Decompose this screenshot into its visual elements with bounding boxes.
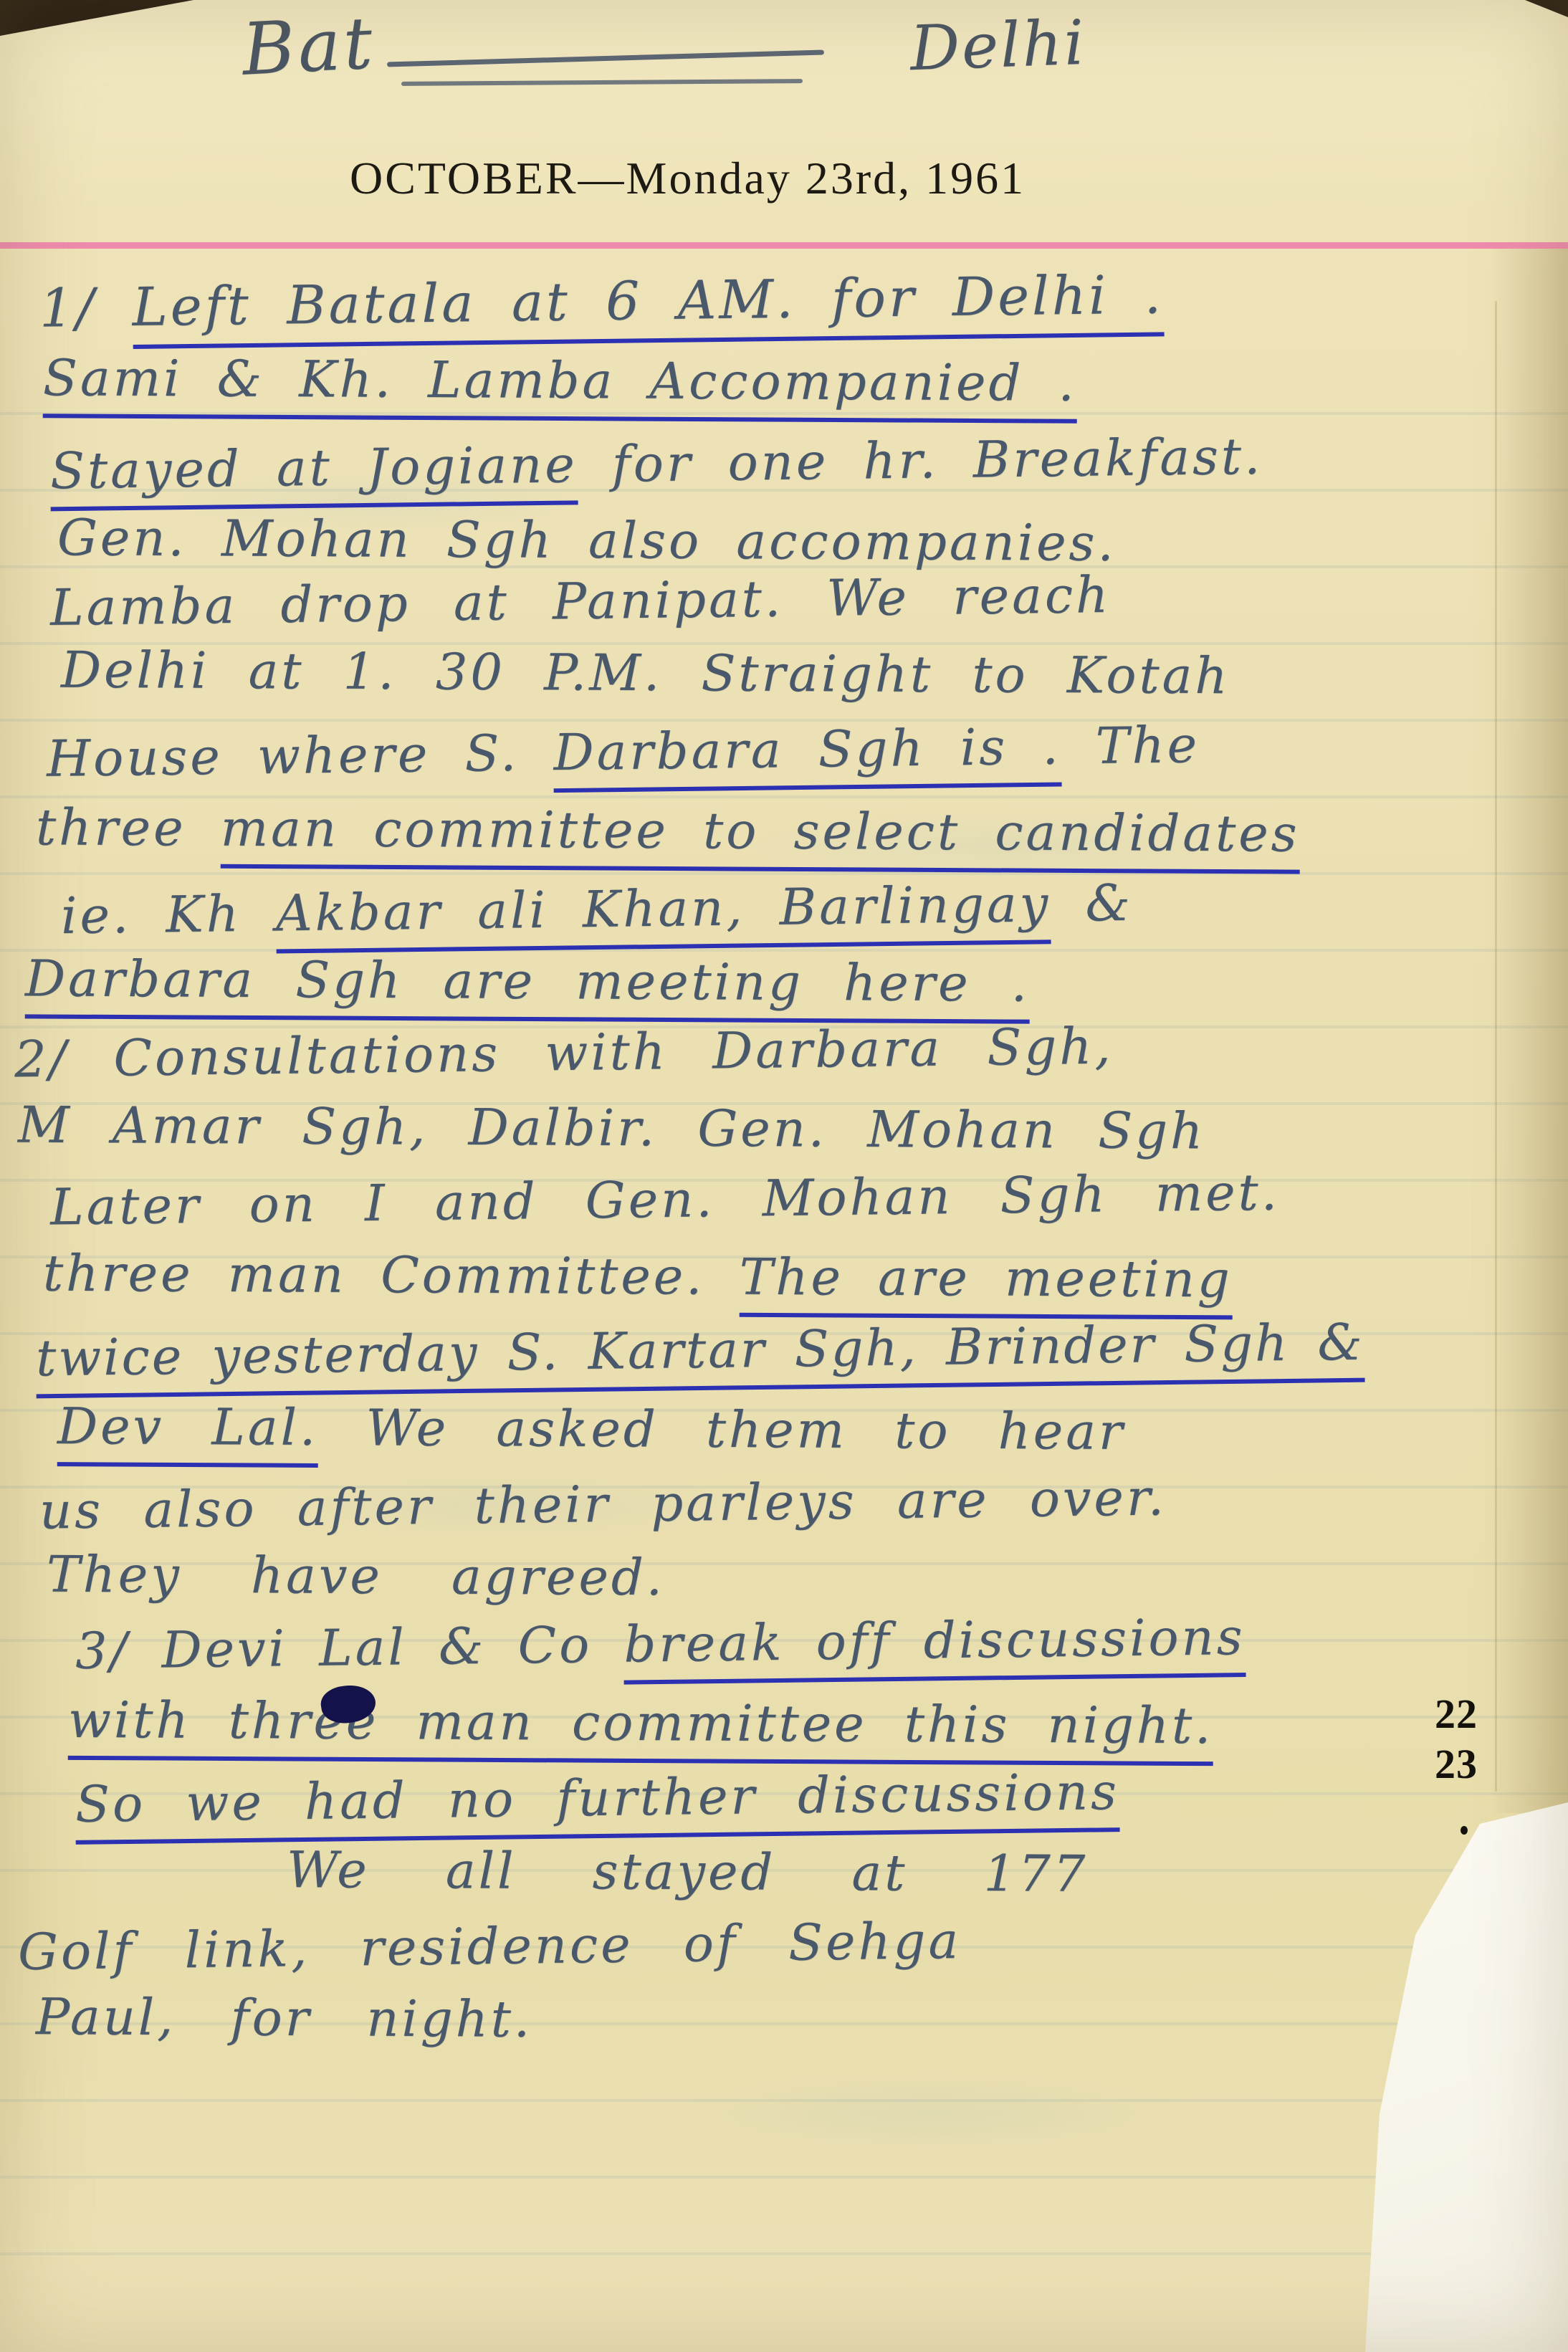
handwritten-line: Lamba drop at Panipat. We reach bbox=[50, 568, 1112, 636]
underlined-phrase: man committee to select candidates bbox=[220, 799, 1299, 874]
phrase: Lamba drop at Panipat. We reach bbox=[50, 565, 1112, 637]
handwritten-line: Stayed at Jogiane for one hr. Breakfast. bbox=[50, 429, 1263, 499]
phrase: Later on I and Gen. Mohan Sgh met. bbox=[50, 1163, 1281, 1237]
handwritten-line: Sami & Kh. Lamba Accompanied . bbox=[43, 350, 1077, 411]
phrase: House where S. bbox=[47, 723, 554, 788]
underlined-phrase: Akbar ali Khan, Barlingay bbox=[275, 874, 1051, 953]
underlined-phrase: The are meeting bbox=[739, 1248, 1232, 1320]
phrase: They have agreed. bbox=[47, 1545, 665, 1607]
handwritten-line: Darbara Sgh are meeting here . bbox=[25, 951, 1030, 1011]
phrase: Gen. Mohan Sgh also accompanies. bbox=[57, 508, 1117, 573]
page-number-dot bbox=[1461, 1826, 1468, 1835]
page-number-22: 22 bbox=[1435, 1690, 1478, 1738]
handwritten-line: 3/ Devi Lal & Co break off discussions bbox=[75, 1610, 1246, 1679]
underlined-phrase: So we had no further discussions bbox=[75, 1762, 1120, 1845]
underlined-phrase: Darbara Sgh are meeting here . bbox=[25, 949, 1031, 1023]
phrase: Delhi at 1. 30 P.M. Straight to Kotah bbox=[61, 641, 1230, 706]
underlined-phrase: break off discussions bbox=[623, 1607, 1246, 1685]
phrase: We all stayed at 177 bbox=[287, 1840, 1089, 1903]
handwritten-line: ie. Kh Akbar ali Khan, Barlingay & bbox=[61, 876, 1134, 944]
handwritten-line: So we had no further discussions bbox=[75, 1764, 1120, 1832]
phrase: us also after their parleys are over. bbox=[39, 1468, 1167, 1540]
handwritten-line: three man committee to select candidates bbox=[36, 800, 1300, 861]
phrase: 2/ Consultations with Darbara Sgh, bbox=[14, 1017, 1114, 1089]
page-number-23: 23 bbox=[1435, 1740, 1478, 1788]
handwritten-line: Later on I and Gen. Mohan Sgh met. bbox=[50, 1165, 1281, 1235]
handwritten-line: 2/ Consultations with Darbara Sgh, bbox=[14, 1019, 1114, 1088]
diary-page: Bat Delhi OCTOBER—Monday 23rd, 1961 1/ L… bbox=[0, 0, 1568, 2352]
phrase: Paul, for night. bbox=[36, 1987, 533, 2049]
handwritten-line: We all stayed at 177 bbox=[287, 1842, 1089, 1902]
underlined-phrase: Left Batala at 6 AM. for Delhi . bbox=[132, 264, 1165, 349]
phrase: 3/ Devi Lal & Co bbox=[75, 1615, 624, 1681]
phrase: three bbox=[36, 798, 221, 857]
phrase: three man Committee. bbox=[43, 1244, 740, 1306]
handwritten-line: M Amar Sgh, Dalbir. Gen. Mohan Sgh bbox=[18, 1098, 1205, 1160]
phrase: 1/ bbox=[39, 277, 133, 340]
handwritten-line: us also after their parleys are over. bbox=[39, 1470, 1167, 1539]
handwritten-line: Delhi at 1. 30 P.M. Straight to Kotah bbox=[61, 643, 1230, 704]
diary-lines: 1/ Left Batala at 6 AM. for Delhi .Sami … bbox=[0, 0, 1568, 2352]
handwritten-line: with three man committee this night. bbox=[68, 1693, 1214, 1754]
phrase: ie. Kh bbox=[61, 884, 277, 945]
underlined-phrase: Darbara Sgh is . bbox=[553, 717, 1061, 793]
phrase: We asked them to hear bbox=[318, 1398, 1126, 1461]
handwritten-line: three man Committee. The are meeting bbox=[43, 1246, 1233, 1308]
handwritten-line: twice yesterday S. Kartar Sgh, Brinder S… bbox=[36, 1315, 1364, 1387]
handwritten-line: Golf link, residence of Sehga bbox=[18, 1913, 962, 1980]
handwritten-line: Dev Lal. We asked them to hear bbox=[57, 1399, 1126, 1460]
underlined-phrase: with three man committee this night. bbox=[68, 1691, 1214, 1766]
handwritten-line: They have agreed. bbox=[47, 1547, 665, 1606]
phrase: for one hr. Breakfast. bbox=[577, 427, 1263, 494]
handwritten-line: Gen. Mohan Sgh also accompanies. bbox=[57, 510, 1117, 571]
handwritten-line: Paul, for night. bbox=[36, 1989, 533, 2047]
phrase: The bbox=[1061, 715, 1200, 775]
underlined-phrase: Dev Lal. bbox=[57, 1397, 319, 1468]
underlined-phrase: Sami & Kh. Lamba Accompanied . bbox=[43, 348, 1077, 424]
phrase: & bbox=[1051, 874, 1134, 933]
underlined-phrase: Stayed at Jogiane bbox=[50, 435, 578, 511]
phrase: M Amar Sgh, Dalbir. Gen. Mohan Sgh bbox=[18, 1096, 1206, 1161]
handwritten-line: 1/ Left Batala at 6 AM. for Delhi . bbox=[39, 266, 1165, 338]
underlined-phrase: twice yesterday S. Kartar Sgh, Brinder S… bbox=[36, 1313, 1365, 1399]
phrase: Golf link, residence of Sehga bbox=[18, 1911, 962, 1981]
handwritten-line: House where S. Darbara Sgh is . The bbox=[47, 717, 1200, 787]
